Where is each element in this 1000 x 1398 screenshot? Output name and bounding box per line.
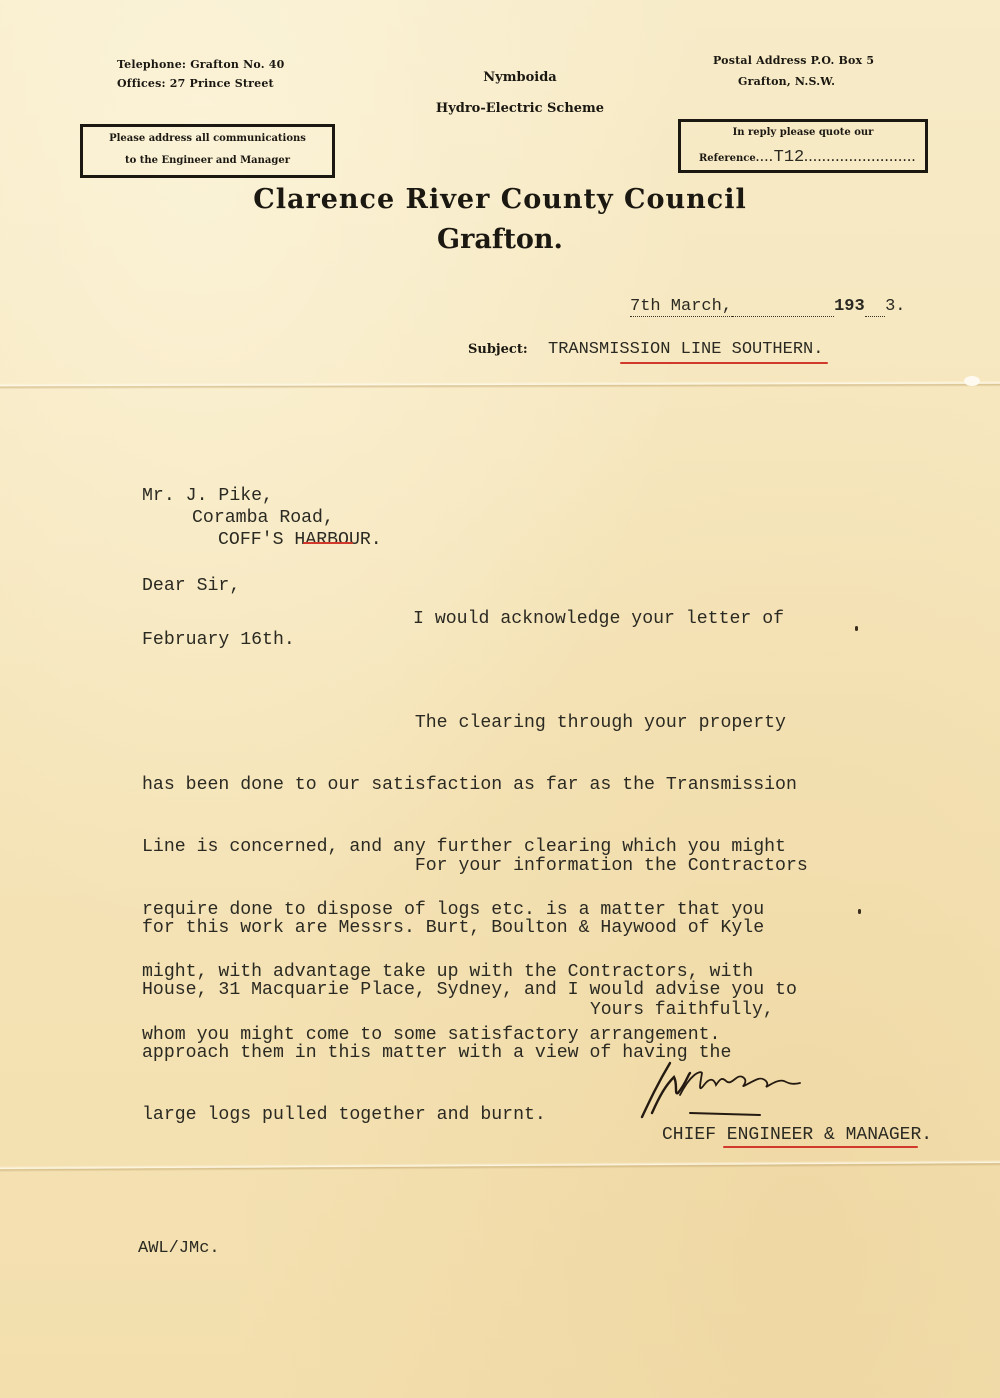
postal-town-line: Grafton, N.S.W. <box>713 71 874 92</box>
address-instructions-box: Please address all communications to the… <box>80 124 335 178</box>
red-underline-harbour <box>303 542 353 544</box>
red-underline-subject <box>620 362 828 364</box>
scheme-name: Nymboida <box>400 70 640 85</box>
organisation-town: Grafton. <box>250 224 750 255</box>
scheme-type: Hydro-Electric Scheme <box>400 101 640 116</box>
red-underline-title <box>723 1146 918 1148</box>
recipient-town: COFF'S HARBOUR. <box>218 530 382 551</box>
recipient-name: Mr. J. Pike, <box>142 486 273 507</box>
address-instructions-line-1: Please address all communications <box>83 133 332 144</box>
paper-tear-mark <box>964 376 980 386</box>
reference-label: Reference <box>699 153 756 164</box>
telephone-line: Telephone: Grafton No. 40 <box>117 55 284 74</box>
paragraph-3-line: for this work are Messrs. Burt, Boulton … <box>142 918 808 939</box>
paragraph-2-line: The clearing through your property <box>142 713 797 734</box>
recipient-street: Coramba Road, <box>192 508 334 529</box>
reference-initials: AWL/JMc. <box>138 1239 220 1258</box>
reference-box: In reply please quote our Reference....T… <box>678 119 928 173</box>
reference-field: Reference....T12........................… <box>699 148 916 167</box>
paragraph-3-line: For your information the Contractors <box>142 856 808 877</box>
date-day-month: 7th March, <box>630 297 732 317</box>
subject-label: Subject: <box>468 342 528 357</box>
subject-value: TRANSMISSION LINE SOUTHERN. <box>548 340 823 359</box>
paragraph-1-line-1: I would acknowledge your letter of <box>413 609 784 630</box>
letter-date: 7th March, 193 3. <box>630 297 905 316</box>
salutation: Dear Sir, <box>142 576 240 597</box>
signatory-title: CHIEF ENGINEER & MANAGER. <box>662 1125 932 1145</box>
postal-address-line: Postal Address P.O. Box 5 <box>713 50 874 71</box>
letterhead-contact: Telephone: Grafton No. 40 Offices: 27 Pr… <box>117 55 284 93</box>
reference-instructions: In reply please quote our <box>681 127 925 138</box>
ink-speck <box>855 626 858 631</box>
paragraph-1-line-2: February 16th. <box>142 630 295 651</box>
date-year-suffix: 3. <box>885 297 905 316</box>
address-instructions-line-2: to the Engineer and Manager <box>83 155 332 166</box>
organisation-title: Clarence River County Council <box>250 184 750 215</box>
closing: Yours faithfully, <box>590 1000 774 1020</box>
handwritten-signature <box>630 1055 850 1130</box>
date-year-prefix: 193 <box>834 297 865 316</box>
paragraph-3-line: House, 31 Macquarie Place, Sydney, and I… <box>142 980 808 1001</box>
paragraph-2-line: has been done to our satisfaction as far… <box>142 775 797 796</box>
ink-speck <box>858 909 861 914</box>
reference-value: T12 <box>774 148 805 167</box>
letterhead-postal: Postal Address P.O. Box 5 Grafton, N.S.W… <box>713 50 874 92</box>
offices-line: Offices: 27 Prince Street <box>117 74 284 93</box>
